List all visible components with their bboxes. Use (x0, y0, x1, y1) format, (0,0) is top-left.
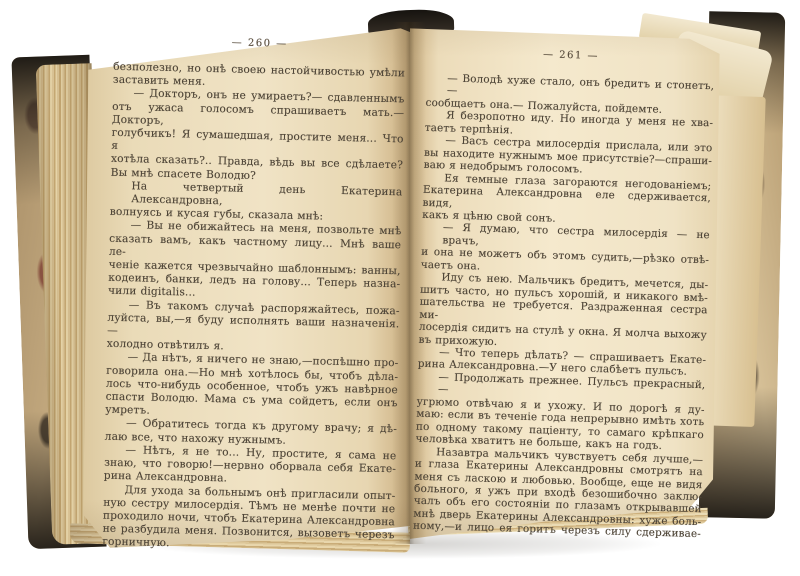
book-photo: — 260 — безполезно, но онѣ своею настойч… (0, 0, 800, 576)
left-page-body: безполезно, но онѣ своею настойчивостью … (102, 61, 405, 556)
left-page-text-block: — 260 — безполезно, но онѣ своею настойч… (102, 35, 406, 556)
right-page-body: — Володѣ хуже стало, онъ бредитъ и стоне… (413, 72, 715, 541)
right-page-text-block: — 261 — — Володѣ хуже стало, онъ бредитъ… (413, 46, 715, 541)
